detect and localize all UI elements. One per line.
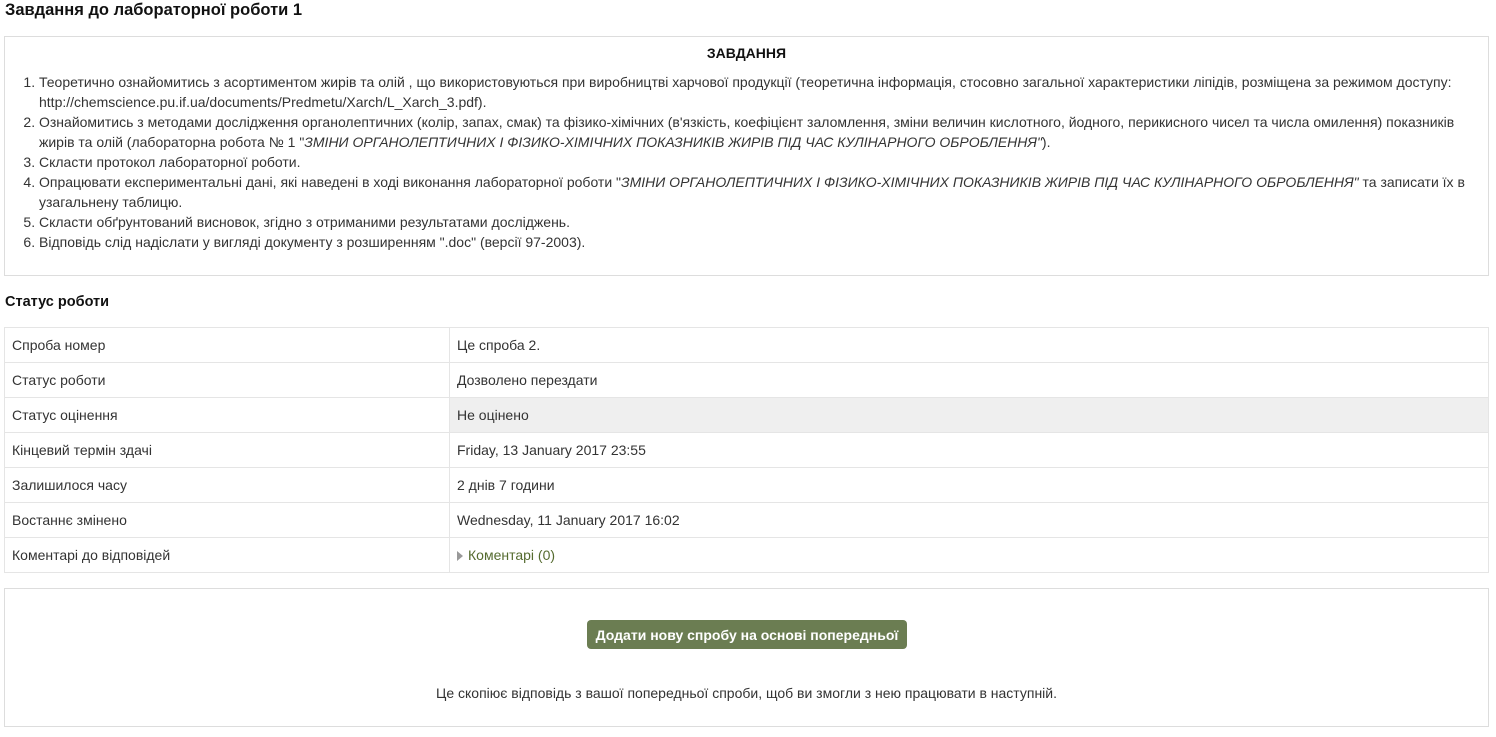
- row-value: Дозволено перездати: [450, 363, 1489, 398]
- assignment-intro: ЗАВДАННЯ Теоретично ознайомитись з асорт…: [4, 36, 1489, 276]
- row-label: Востаннє змінено: [5, 503, 450, 538]
- comments-cell: Коментарі (0): [450, 538, 1489, 573]
- add-attempt-from-previous-button[interactable]: Додати нову спробу на основі попередньої: [587, 620, 907, 649]
- table-row: Востаннє змінено Wednesday, 11 January 2…: [5, 503, 1489, 538]
- new-attempt-note: Це скопіює відповідь з вашої попередньої…: [5, 685, 1488, 701]
- task-item: Скласти протокол лабораторної роботи.: [39, 152, 1488, 172]
- table-row: Залишилося часу 2 днів 7 години: [5, 468, 1489, 503]
- task-italic-title: ЗМІНИ ОРГАНОЛЕПТИЧНИХ І ФІЗИКО-ХІМІЧНИХ …: [304, 134, 1042, 150]
- task-item: Відповідь слід надіслати у вигляді докум…: [39, 232, 1488, 252]
- task-item: Скласти обґрунтований висновок, згідно з…: [39, 212, 1488, 232]
- row-value: 2 днів 7 години: [450, 468, 1489, 503]
- row-value: Friday, 13 January 2017 23:55: [450, 433, 1489, 468]
- submission-status-table: Спроба номер Це спроба 2. Статус роботи …: [4, 327, 1489, 573]
- row-label: Кінцевий термін здачі: [5, 433, 450, 468]
- expand-triangle-icon[interactable]: [457, 551, 463, 561]
- task-text: Опрацювати експериментальні дані, які на…: [39, 174, 621, 190]
- page-title: Завдання до лабораторної роботи 1: [5, 0, 302, 20]
- task-text: Теоретично ознайомитись з асортиментом ж…: [39, 74, 1452, 110]
- table-row: Статус оцінення Не оцінено: [5, 398, 1489, 433]
- intro-heading: ЗАВДАННЯ: [5, 44, 1488, 62]
- comments-toggle-link[interactable]: Коментарі (0): [468, 547, 555, 563]
- task-item: Теоретично ознайомитись з асортиментом ж…: [39, 72, 1488, 112]
- row-label: Спроба номер: [5, 328, 450, 363]
- new-attempt-panel: Додати нову спробу на основі попередньої…: [4, 588, 1489, 727]
- task-text: ).: [1042, 134, 1051, 150]
- task-text: Відповідь слід надіслати у вигляді докум…: [39, 234, 585, 250]
- row-value: Це спроба 2.: [450, 328, 1489, 363]
- status-heading: Статус роботи: [5, 294, 109, 310]
- grading-status-value: Не оцінено: [450, 398, 1489, 433]
- task-text: Скласти обґрунтований висновок, згідно з…: [39, 214, 570, 230]
- task-text: Скласти протокол лабораторної роботи.: [39, 154, 301, 170]
- table-row: Коментарі до відповідей Коментарі (0): [5, 538, 1489, 573]
- table-row: Кінцевий термін здачі Friday, 13 January…: [5, 433, 1489, 468]
- table-row: Статус роботи Дозволено перездати: [5, 363, 1489, 398]
- row-label: Статус роботи: [5, 363, 450, 398]
- task-item: Опрацювати експериментальні дані, які на…: [39, 172, 1488, 212]
- row-value: Wednesday, 11 January 2017 16:02: [450, 503, 1489, 538]
- table-row: Спроба номер Це спроба 2.: [5, 328, 1489, 363]
- row-label: Коментарі до відповідей: [5, 538, 450, 573]
- task-italic-title: ЗМІНИ ОРГАНОЛЕПТИЧНИХ І ФІЗИКО-ХІМІЧНИХ …: [621, 174, 1359, 190]
- row-label: Залишилося часу: [5, 468, 450, 503]
- task-list: Теоретично ознайомитись з асортиментом ж…: [5, 72, 1488, 252]
- row-label: Статус оцінення: [5, 398, 450, 433]
- task-item: Ознайомитись з методами дослідження орга…: [39, 112, 1488, 152]
